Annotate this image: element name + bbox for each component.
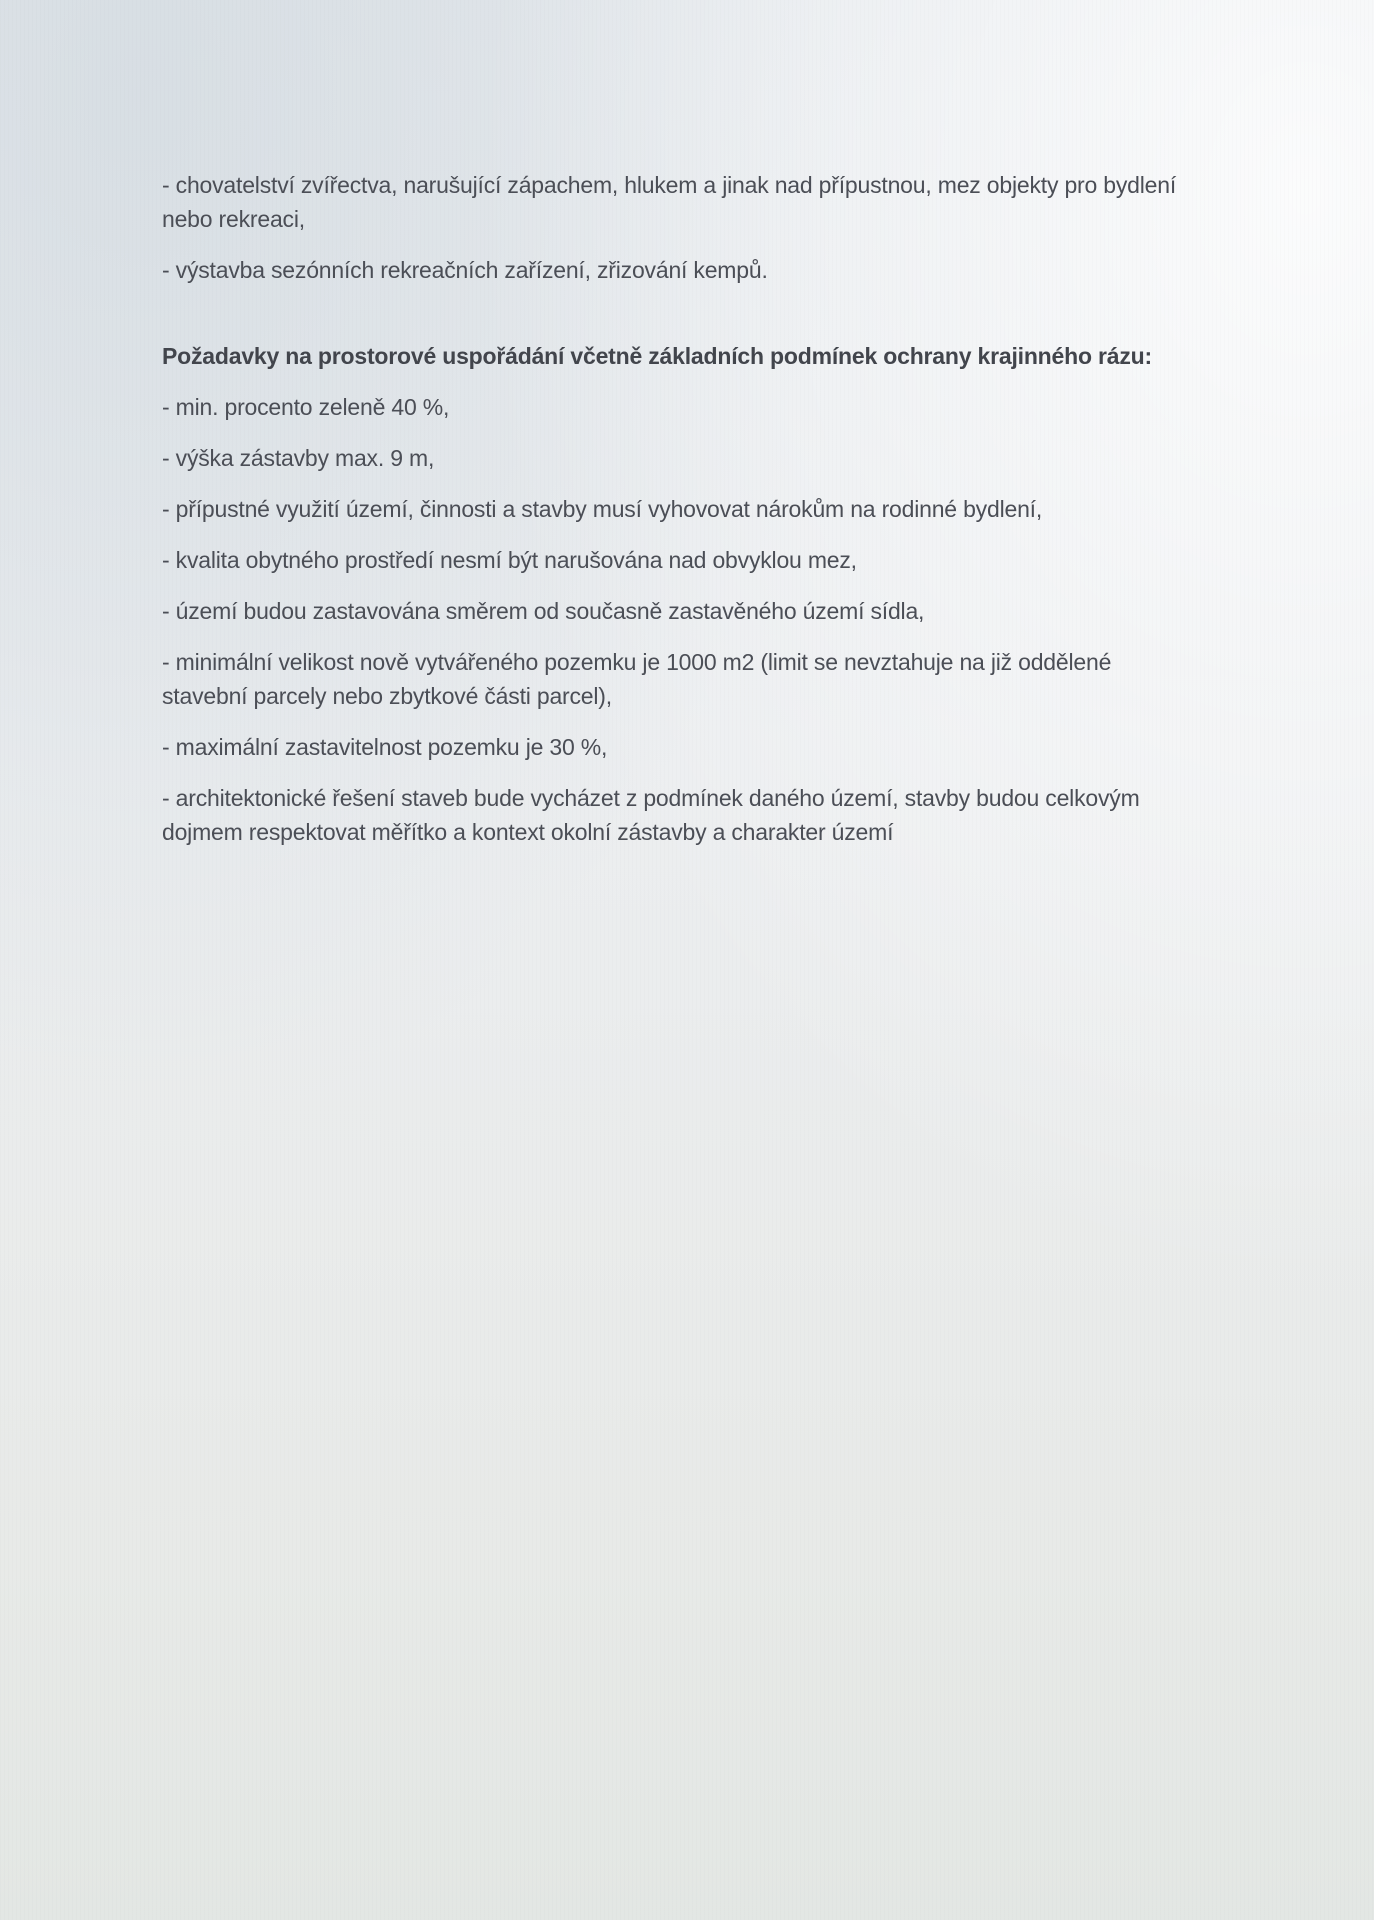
document-page: - chovatelství zvířectva, narušující záp… — [162, 168, 1202, 849]
requirement-greenery: - min. procento zeleně 40 %, — [162, 390, 1202, 424]
requirement-permitted-use: - přípustné využití území, činnosti a st… — [162, 492, 1202, 526]
requirement-building-height: - výška zástavby max. 9 m, — [162, 441, 1202, 475]
section-heading: Požadavky na prostorové uspořádání včetn… — [162, 339, 1202, 373]
requirement-min-plot-size: - minimální velikost nově vytvářeného po… — [162, 645, 1202, 713]
requirement-development-direction: - území budou zastavována směrem od souč… — [162, 594, 1202, 628]
intro-item-livestock: - chovatelství zvířectva, narušující záp… — [162, 168, 1202, 236]
requirement-architecture: - architektonické řešení staveb bude vyc… — [162, 781, 1202, 849]
requirement-max-coverage: - maximální zastavitelnost pozemku je 30… — [162, 730, 1202, 764]
requirement-living-quality: - kvalita obytného prostředí nesmí být n… — [162, 543, 1202, 577]
intro-item-seasonal-facilities: - výstavba sezónních rekreačních zařízen… — [162, 253, 1202, 287]
